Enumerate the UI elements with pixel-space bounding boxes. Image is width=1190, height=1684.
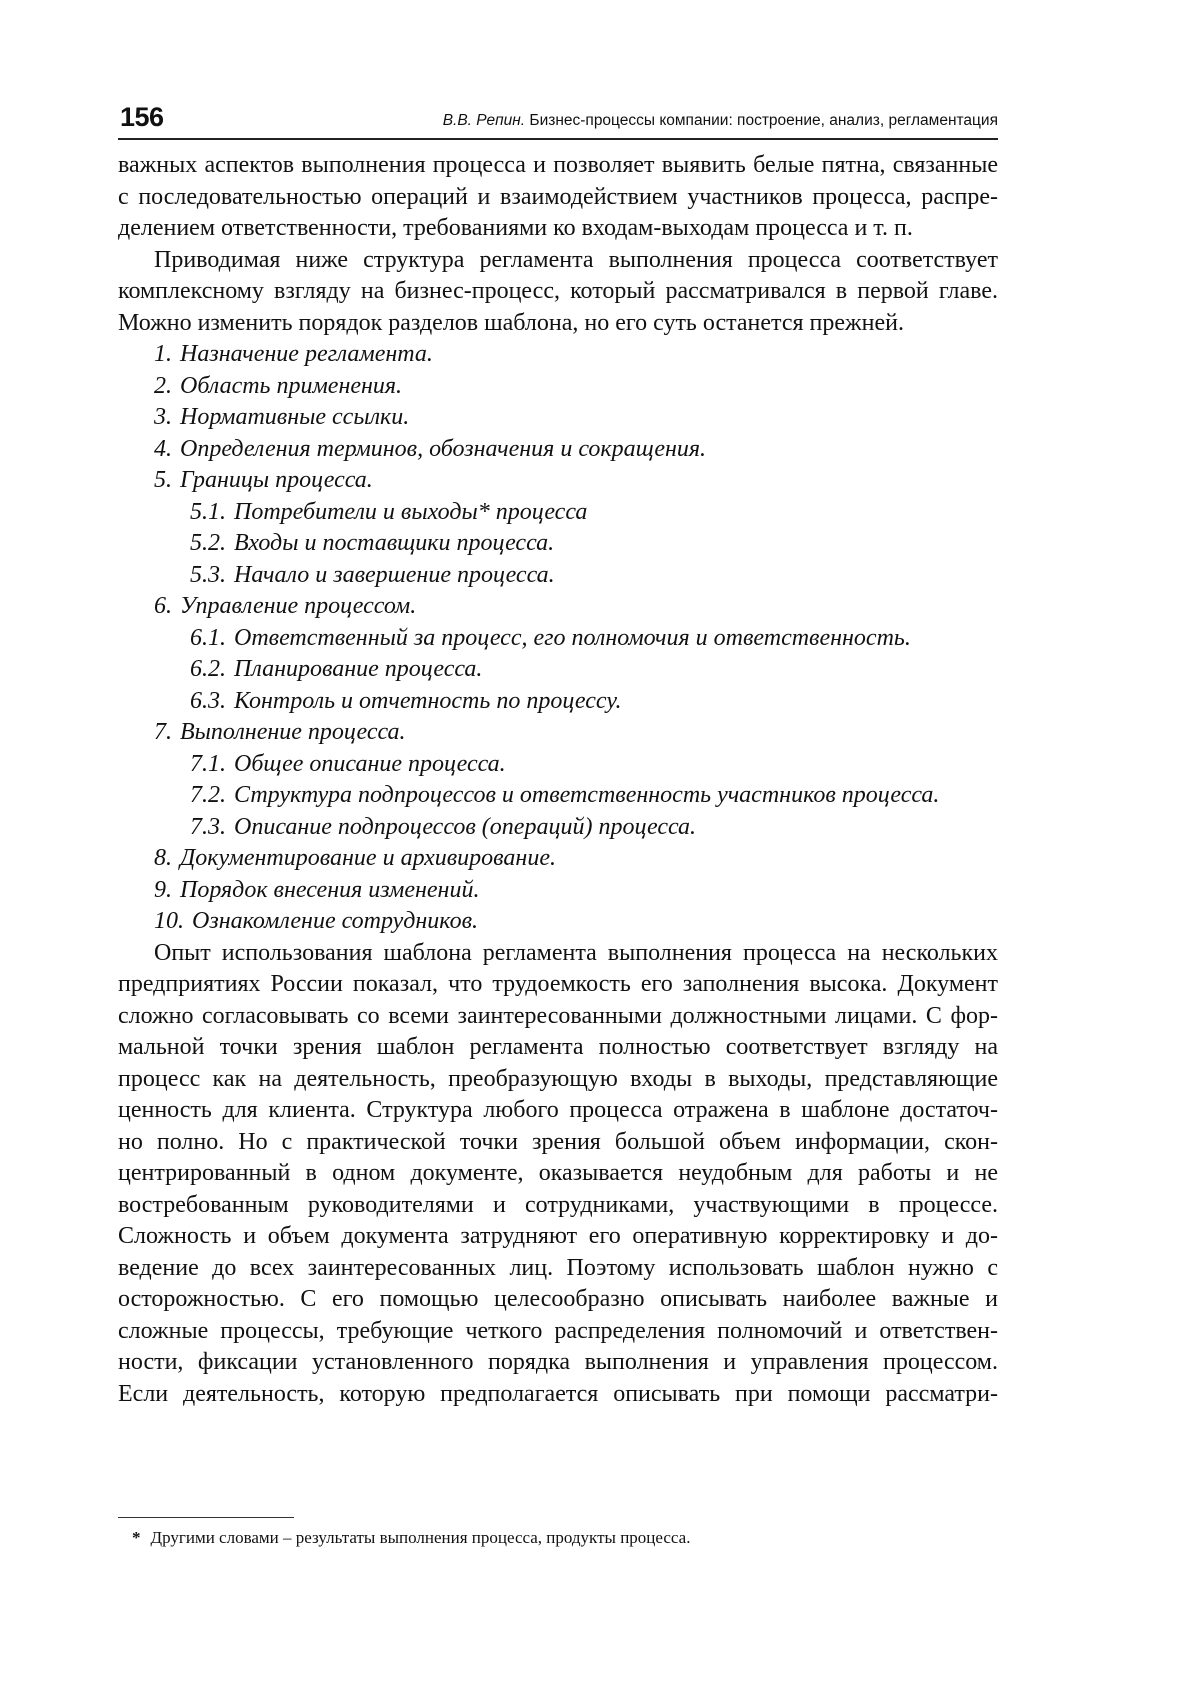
list-subitem: 5.3.Начало и завершение процесса.: [118, 560, 998, 592]
list-item: 6.Управление процессом.: [118, 591, 998, 623]
text-line: Опыт использования шаблона регламента вы…: [118, 938, 998, 970]
text-line: ности, фиксации установленного порядка в…: [118, 1347, 998, 1379]
text-line: делением ответственности, требованиями к…: [118, 213, 998, 245]
list-subitem: 6.2.Планирование процесса.: [118, 654, 998, 686]
footnote-asterisk: *: [132, 1528, 141, 1547]
text-line: Сложность и объем документа затрудняют е…: [118, 1221, 998, 1253]
list-subitem: 7.3.Описание подпроцессов (операций) про…: [118, 812, 998, 844]
footnote-divider: [118, 1517, 294, 1518]
list-item: 9.Порядок внесения изменений.: [118, 875, 998, 907]
running-title: В.В. Репин. Бизнес-процессы компании: по…: [443, 112, 998, 130]
text-line: но полно. Но с практической точки зрения…: [118, 1127, 998, 1159]
text-line: комплексному взгляду на бизнес-процесс, …: [118, 276, 998, 308]
paragraph-experience: Опыт использования шаблона регламента вы…: [118, 938, 998, 1411]
list-item: 2.Область применения.: [118, 371, 998, 403]
text-line: Если деятельность, которую предполагаетс…: [118, 1379, 998, 1411]
paragraph-continuation: важных аспектов выполнения процесса и по…: [118, 150, 998, 245]
regulation-structure-list: 1.Назначение регламента. 2.Область приме…: [118, 339, 998, 938]
list-subitem: 7.1.Общее описание процесса.: [118, 749, 998, 781]
text-line: ценность для клиента. Структура любого п…: [118, 1095, 998, 1127]
running-header: 156 В.В. Репин. Бизнес-процессы компании…: [118, 98, 998, 140]
text-line: Можно изменить порядок разделов шаблона,…: [118, 308, 998, 340]
text-line: сложные процессы, требующие четкого расп…: [118, 1316, 998, 1348]
list-subitem: 7.2.Структура подпроцессов и ответственн…: [118, 780, 998, 812]
text-line: осторожностью. С его помощью целесообраз…: [118, 1284, 998, 1316]
text-line: востребованным руководителями и сотрудни…: [118, 1190, 998, 1222]
list-item: 10.Ознакомление сотрудников.: [118, 906, 998, 938]
text-line: процесс как на деятельность, преобразующ…: [118, 1064, 998, 1096]
list-item: 7.Выполнение процесса.: [118, 717, 998, 749]
footnote: *Другими словами – результаты выполнения…: [132, 1528, 690, 1548]
list-item: 8.Документирование и архивирование.: [118, 843, 998, 875]
text-line: с последовательностью операций и взаимод…: [118, 182, 998, 214]
list-subitem: 6.3.Контроль и отчетность по процессу.: [118, 686, 998, 718]
page-number: 156: [120, 102, 164, 133]
list-item: 5.Границы процесса.: [118, 465, 998, 497]
author-name: В.В. Репин.: [443, 112, 525, 129]
text-line: Приводимая ниже структура регламента вып…: [118, 245, 998, 277]
text-line: мальной точки зрения шаблон регламента п…: [118, 1032, 998, 1064]
list-subitem: 6.1.Ответственный за процесс, его полном…: [118, 623, 998, 655]
book-title: Бизнес-процессы компании: построение, ан…: [529, 112, 998, 129]
list-subitem: 5.1.Потребители и выходы* процесса: [118, 497, 998, 529]
text-line: ведение до всех заинтересованных лиц. По…: [118, 1253, 998, 1285]
list-subitem: 5.2.Входы и поставщики процесса.: [118, 528, 998, 560]
body-text: важных аспектов выполнения процесса и по…: [118, 150, 998, 1410]
list-item: 3.Нормативные ссылки.: [118, 402, 998, 434]
text-line: важных аспектов выполнения процесса и по…: [118, 150, 998, 182]
text-line: сложно согласовывать со всеми заинтересо…: [118, 1001, 998, 1033]
list-item: 1.Назначение регламента.: [118, 339, 998, 371]
text-line: предприятиях России показал, что трудоем…: [118, 969, 998, 1001]
footnote-text: Другими словами – результаты выполнения …: [151, 1528, 691, 1547]
list-item: 4.Определения терминов, обозначения и со…: [118, 434, 998, 466]
paragraph-intro: Приводимая ниже структура регламента вып…: [118, 245, 998, 340]
text-line: центрированный в одном документе, оказыв…: [118, 1158, 998, 1190]
